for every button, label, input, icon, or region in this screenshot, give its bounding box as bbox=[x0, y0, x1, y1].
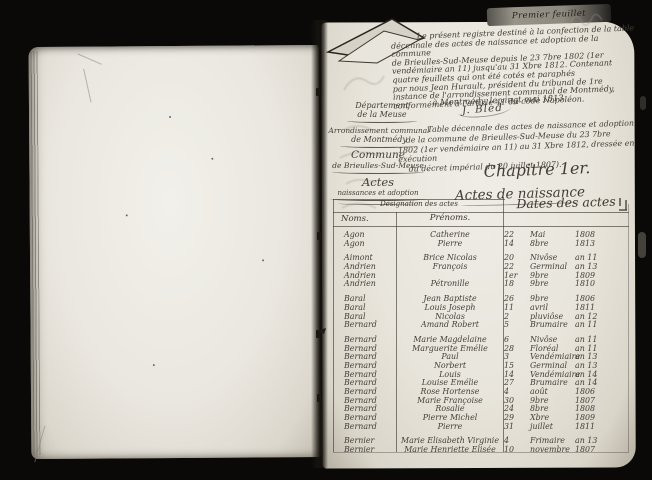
row-nom: Bernier bbox=[344, 446, 374, 455]
row-jour: 18 bbox=[504, 280, 526, 289]
surname-group: Bernier Marie Elisabeth Virginie 4 Frima… bbox=[333, 437, 629, 454]
dust-speck bbox=[153, 364, 155, 366]
scratch-mark bbox=[78, 53, 102, 64]
surname-group: Bernard Marie Magdelaine 6 Nivôse an 11 … bbox=[333, 336, 629, 432]
row-nom: Agon bbox=[344, 240, 365, 249]
row-annee: an 11 bbox=[575, 321, 597, 330]
row-prenoms: Pierre bbox=[397, 423, 503, 432]
dust-speck bbox=[262, 259, 264, 261]
column-group-header-dates: Dates des actes bbox=[506, 193, 626, 211]
row-prenoms: Pétronille bbox=[397, 280, 503, 289]
row-jour: 10 bbox=[504, 446, 526, 455]
stitch-mark bbox=[316, 88, 320, 96]
row-mois: 9bre bbox=[530, 280, 549, 289]
surname-group: Aimont Brice Nicolas 20 Nivôse an 11 And… bbox=[333, 254, 629, 289]
row-annee: 1810 bbox=[575, 280, 595, 289]
row-jour: 14 bbox=[504, 240, 526, 249]
row-annee: 1813 bbox=[575, 240, 595, 249]
register-row: Bernard Amand Robert 5 Brumaire an 11 bbox=[333, 321, 629, 330]
register-row: Bernier Marie Henriette Elisée 10 novemb… bbox=[333, 446, 629, 455]
row-jour: 5 bbox=[504, 321, 526, 330]
row-prenoms: Amand Robert bbox=[397, 321, 503, 330]
stitch-mark bbox=[317, 394, 321, 402]
row-prenoms: Pierre bbox=[397, 240, 503, 249]
row-prenoms: François bbox=[397, 263, 503, 272]
department-label: Département bbox=[332, 101, 432, 110]
department-value: de la Meuse bbox=[332, 110, 432, 119]
surname-group: Agon Catherine 22 Mai 1808 Agon Pierre 1… bbox=[333, 231, 629, 248]
row-annee: 1807 bbox=[575, 446, 595, 455]
row-nom: Bernard bbox=[344, 423, 377, 432]
row-mois: 8bre bbox=[530, 240, 549, 249]
scratch-mark bbox=[83, 69, 91, 102]
dust-speck bbox=[126, 214, 128, 216]
stitch-mark bbox=[317, 232, 321, 240]
row-mois: Brumaire bbox=[530, 321, 568, 330]
blank-left-page bbox=[29, 45, 322, 459]
column-group-header-left: Désignation des actes bbox=[336, 200, 502, 208]
row-nom: Andrien bbox=[344, 280, 376, 289]
acts-label: Actes bbox=[322, 175, 434, 189]
page-edge-blob bbox=[640, 96, 646, 110]
row-nom: Bernard bbox=[344, 321, 377, 330]
row-prenoms: Marie Henriette Elisée bbox=[397, 446, 503, 455]
dust-speck bbox=[169, 116, 171, 118]
row-mois: novembre bbox=[530, 446, 570, 455]
register-row: Andrien Pétronille 18 9bre 1810 bbox=[333, 280, 629, 289]
surname-group: Baral Jean Baptiste 26 9bre 1806 Baral L… bbox=[333, 295, 629, 330]
register-row: Bernard Pierre 31 juillet 1811 bbox=[333, 423, 629, 432]
row-jour: 31 bbox=[504, 423, 526, 432]
pen-arrow-mark bbox=[316, 326, 328, 336]
underline-flourish bbox=[347, 119, 417, 123]
margin-note-department: Département de la Meuse bbox=[332, 101, 432, 123]
ink-bleed-mark bbox=[338, 60, 388, 100]
register-row: Agon Pierre 14 8bre 1813 bbox=[333, 240, 629, 249]
margin-tick-mark bbox=[616, 196, 632, 214]
column-header-noms: Noms. bbox=[341, 214, 369, 224]
row-mois: juillet bbox=[530, 423, 553, 432]
corner-crease bbox=[34, 426, 45, 463]
table-rule bbox=[333, 226, 629, 227]
row-annee: 1811 bbox=[575, 423, 595, 432]
column-header-prenoms: Prénoms. bbox=[400, 213, 500, 223]
table-body: Agon Catherine 22 Mai 1808 Agon Pierre 1… bbox=[333, 231, 629, 461]
page-edge-blob bbox=[638, 232, 646, 258]
acts-value: naissances et adoption bbox=[322, 189, 434, 197]
dust-speck bbox=[211, 158, 213, 160]
register-scan: Premier feuillet Le présent registre des… bbox=[0, 0, 652, 480]
